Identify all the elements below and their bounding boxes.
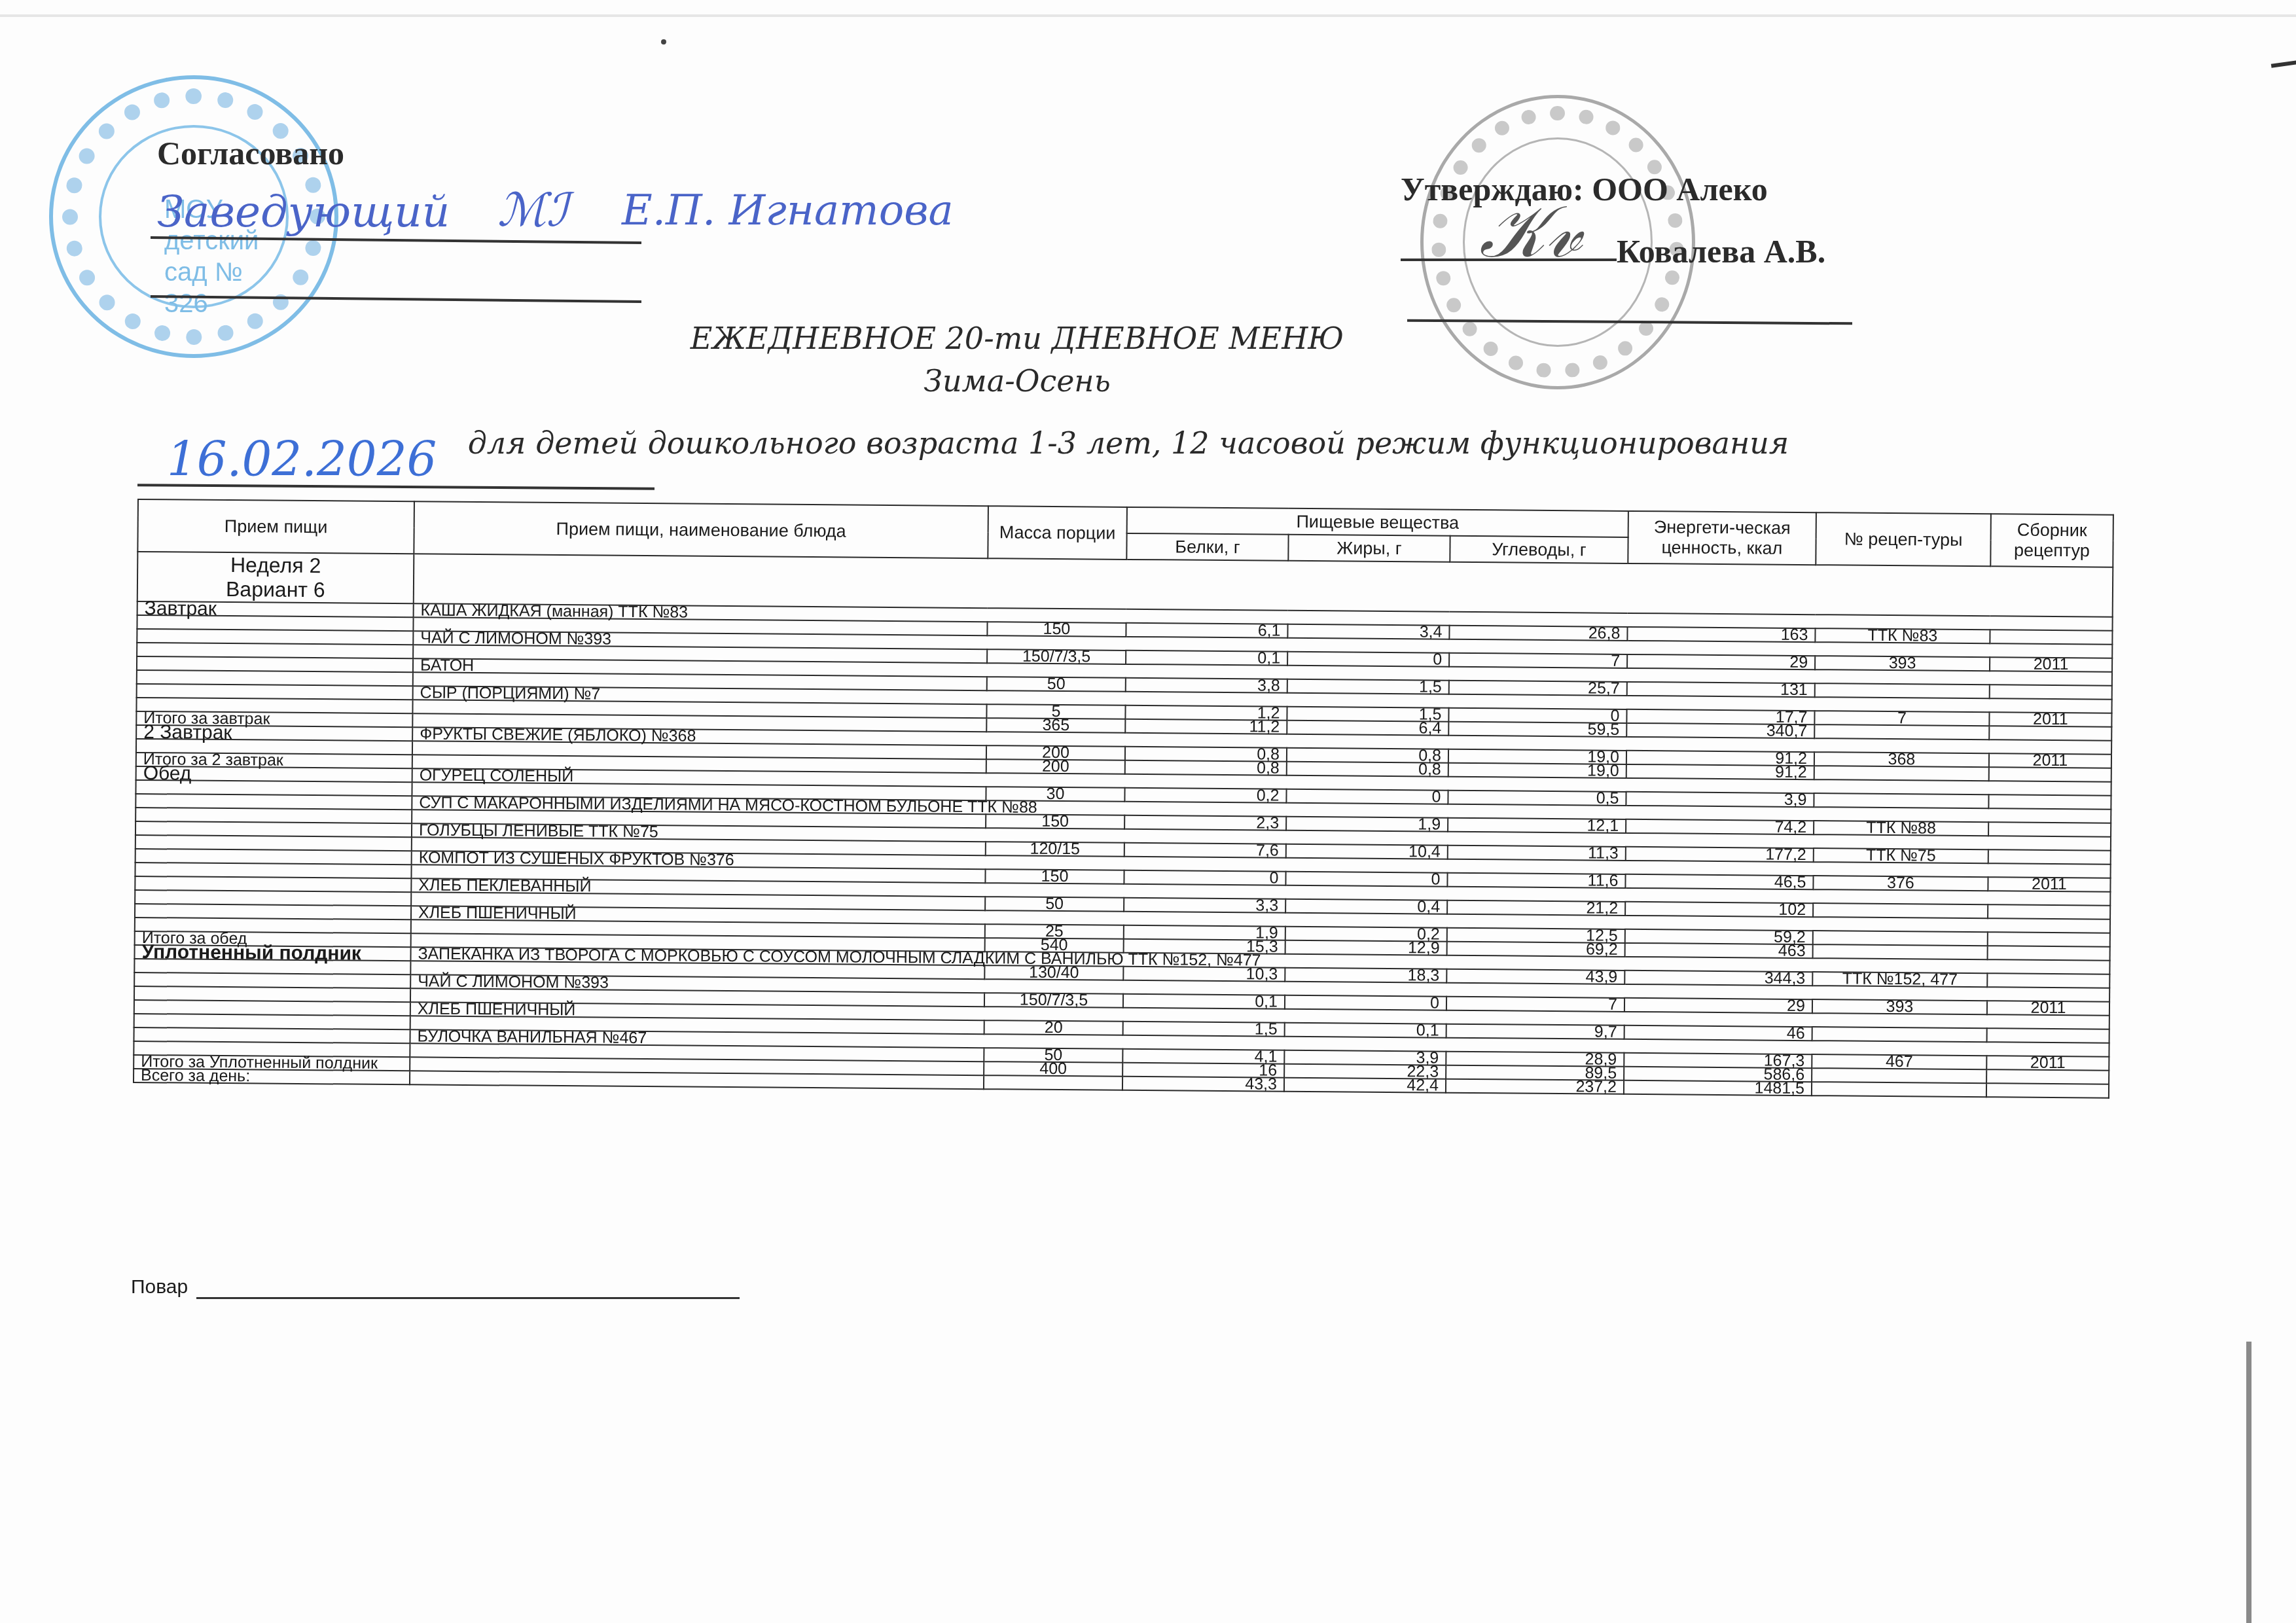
dish-energy: 29 bbox=[1627, 654, 1815, 669]
dish-protein: 7,6 bbox=[1124, 843, 1286, 858]
total-mass: 365 bbox=[986, 718, 1125, 733]
dish-recipe bbox=[1813, 903, 1988, 918]
dish-recipe: 7 bbox=[1814, 711, 1989, 726]
dish-carbs: 12,1 bbox=[1448, 818, 1626, 833]
header-protein: Белки, г bbox=[1126, 533, 1288, 561]
header-collection: Сборник рецептур bbox=[1990, 514, 2113, 567]
dish-recipe: 467 bbox=[1812, 1054, 1986, 1069]
dish-collection bbox=[1988, 849, 2111, 864]
dish-mass: 150 bbox=[987, 622, 1126, 637]
meal-label: Уплотненный полдник bbox=[134, 945, 410, 961]
dish-protein: 0,2 bbox=[1124, 788, 1286, 803]
dish-recipe bbox=[1812, 1027, 1987, 1042]
dish-recipe: 376 bbox=[1813, 876, 1988, 891]
day-total-fat: 42,4 bbox=[1284, 1078, 1446, 1093]
meal-label: 2 Завтрак bbox=[136, 725, 412, 741]
total-mass: 400 bbox=[984, 1061, 1122, 1077]
dish-fat: 3,4 bbox=[1287, 624, 1449, 639]
total-carbs: 69,2 bbox=[1447, 942, 1625, 957]
total-fat: 12,9 bbox=[1285, 940, 1447, 955]
dish-collection bbox=[1987, 1028, 2109, 1043]
dish-fat: 0 bbox=[1286, 789, 1448, 804]
dish-carbs: 25,7 bbox=[1449, 681, 1627, 696]
dish-protein: 2,3 bbox=[1124, 815, 1286, 830]
dish-recipe: 368 bbox=[1814, 752, 1989, 767]
dish-recipe: 393 bbox=[1815, 656, 1990, 671]
dish-protein: 0 bbox=[1124, 870, 1285, 885]
dish-recipe: 393 bbox=[1812, 999, 1987, 1014]
dish-mass: 50 bbox=[987, 677, 1126, 692]
dish-carbs: 43,9 bbox=[1446, 969, 1624, 984]
dish-fat: 0,1 bbox=[1285, 1023, 1446, 1038]
menu-body: ЗавтракКАША ЖИДКАЯ (манная) ТТК №831506,… bbox=[134, 601, 2113, 1098]
dish-collection bbox=[1990, 685, 2112, 699]
dish-collection bbox=[1990, 630, 2112, 644]
dish-mass: 50 bbox=[985, 897, 1124, 912]
header-energy: Энергети-ческая ценность, ккал bbox=[1628, 511, 1816, 565]
director-signature: 𝒦𝓋 bbox=[1479, 190, 1582, 275]
agreed-label: Согласовано bbox=[157, 134, 344, 172]
dish-fat: 0 bbox=[1287, 652, 1449, 667]
dish-carbs: 9,7 bbox=[1446, 1024, 1624, 1039]
dish-carbs: 11,3 bbox=[1448, 846, 1626, 861]
dish-carbs: 26,8 bbox=[1449, 626, 1627, 641]
total-fat: 6,4 bbox=[1287, 721, 1448, 736]
approve-label: Утверждаю: ООО Алеко bbox=[1401, 170, 1768, 208]
day-total-carbs: 237,2 bbox=[1446, 1079, 1624, 1094]
dish-recipe bbox=[1814, 793, 1988, 808]
dish-energy: 344,3 bbox=[1624, 971, 1812, 986]
day-total-recipe-blank bbox=[1812, 1082, 1986, 1097]
total-mass: 200 bbox=[986, 759, 1125, 774]
total-fat: 0,8 bbox=[1287, 762, 1448, 777]
day-total-protein: 43,3 bbox=[1122, 1077, 1284, 1092]
scan-dot bbox=[661, 39, 666, 45]
header-mass: Масса порции bbox=[988, 506, 1127, 560]
handwritten-date: 16.02.2026 bbox=[167, 432, 437, 487]
dish-mass: 150 bbox=[985, 869, 1124, 884]
dish-collection: 2011 bbox=[1989, 753, 2111, 768]
dish-fat: 0 bbox=[1285, 995, 1446, 1010]
dish-energy: 46,5 bbox=[1625, 874, 1813, 889]
dish-protein: 0,1 bbox=[1123, 994, 1285, 1009]
dish-protein: 3,3 bbox=[1124, 898, 1285, 913]
menu-table: Прием пищи Прием пищи, наименование блюд… bbox=[133, 499, 2114, 1099]
dish-fat: 18,3 bbox=[1285, 968, 1446, 983]
week-label: Неделя 2 bbox=[145, 552, 406, 579]
director-name: Ковалева А.В. bbox=[1617, 232, 1825, 270]
dish-energy: 46 bbox=[1624, 1026, 1812, 1041]
dish-protein: 1,5 bbox=[1123, 1022, 1285, 1037]
dish-energy: 102 bbox=[1625, 902, 1813, 917]
dish-fat: 1,9 bbox=[1286, 817, 1448, 832]
dish-protein: 3,8 bbox=[1126, 678, 1287, 693]
dish-recipe bbox=[1813, 931, 1988, 946]
header-recipe: № рецеп-туры bbox=[1816, 512, 1991, 566]
total-recipe-blank bbox=[1813, 944, 1988, 959]
dish-collection: 2011 bbox=[1986, 1056, 2109, 1070]
cook-signature-line bbox=[196, 1297, 740, 1299]
dish-recipe: ТТК №75 bbox=[1814, 848, 1988, 863]
dish-collection: 2011 bbox=[1990, 657, 2112, 671]
dish-fat: 1,5 bbox=[1287, 679, 1449, 694]
dish-fat: 0 bbox=[1285, 872, 1447, 887]
dish-carbs: 21,2 bbox=[1447, 901, 1625, 916]
dish-mass: 20 bbox=[984, 1020, 1123, 1035]
dish-recipe: ТТК №152, 477 bbox=[1812, 972, 1987, 987]
dish-energy: 74,2 bbox=[1626, 819, 1814, 834]
dish-mass: 150/7/3,5 bbox=[984, 993, 1123, 1008]
dish-mass: 150/7/3,5 bbox=[987, 649, 1126, 664]
total-energy: 463 bbox=[1625, 943, 1813, 958]
total-carbs: 59,5 bbox=[1448, 722, 1626, 737]
total-energy: 340,7 bbox=[1626, 723, 1814, 738]
meal-label: Завтрак bbox=[137, 601, 414, 617]
dish-protein: 6,1 bbox=[1126, 623, 1287, 638]
handwritten-position: Заведующий bbox=[157, 187, 450, 237]
total-protein: 0,8 bbox=[1125, 760, 1287, 776]
header-carbs: Углеводы, г bbox=[1450, 536, 1628, 563]
dish-carbs: 0,5 bbox=[1448, 791, 1626, 806]
header-meal: Прием пищи bbox=[137, 499, 414, 554]
dish-mass: 150 bbox=[986, 814, 1124, 829]
scan-mark bbox=[2271, 60, 2296, 68]
day-total-collection-blank bbox=[1986, 1083, 2109, 1097]
director-signature-line bbox=[1401, 259, 1617, 261]
dish-protein: 0,1 bbox=[1126, 651, 1287, 666]
handwritten-signature: ℳℐ bbox=[497, 183, 568, 237]
total-carbs: 19,0 bbox=[1448, 763, 1626, 778]
header-nutrients: Пищевые вещества bbox=[1127, 507, 1628, 537]
dish-collection bbox=[1988, 904, 2110, 919]
cook-label: Повар bbox=[131, 1276, 188, 1298]
menu-season: Зима-Осень bbox=[0, 363, 2165, 399]
dish-energy: 3,9 bbox=[1626, 792, 1814, 807]
dish-energy: 131 bbox=[1627, 682, 1815, 697]
dish-collection: 2011 bbox=[1989, 712, 2111, 726]
header-dish: Прием пищи, наименование блюда bbox=[414, 501, 988, 558]
menu-title: ЕЖЕДНЕВНОЕ 20-ти ДНЕВНОЕ МЕНЮ bbox=[0, 321, 2165, 356]
dish-collection: 2011 bbox=[1988, 877, 2110, 891]
dish-recipe: ТТК №83 bbox=[1815, 628, 1990, 643]
dish-collection bbox=[1987, 973, 2109, 988]
dish-fat: 10,4 bbox=[1286, 844, 1448, 859]
scan-edge-right bbox=[2246, 1342, 2251, 1623]
dish-fat: 0,4 bbox=[1285, 899, 1447, 914]
dish-mass: 120/15 bbox=[986, 842, 1124, 857]
dish-carbs: 7 bbox=[1446, 997, 1624, 1012]
dish-energy: 177,2 bbox=[1626, 847, 1814, 862]
week-variant-cell: Неделя 2 Вариант 6 bbox=[137, 552, 414, 603]
dish-energy: 29 bbox=[1624, 998, 1812, 1013]
total-collection-blank bbox=[1988, 946, 2110, 960]
dish-collection bbox=[1988, 794, 2111, 809]
dish-carbs: 7 bbox=[1449, 653, 1627, 668]
scan-edge-top bbox=[0, 14, 2296, 17]
total-protein: 11,2 bbox=[1125, 719, 1287, 734]
handwritten-name: Е.П. Игнатова bbox=[622, 187, 954, 235]
dish-energy: 163 bbox=[1627, 627, 1815, 642]
dish-collection: 2011 bbox=[1987, 1001, 2109, 1015]
dish-recipe: ТТК №88 bbox=[1814, 821, 1988, 836]
dish-collection bbox=[1988, 932, 2110, 946]
dish-carbs: 11,6 bbox=[1447, 873, 1625, 888]
day-total-energy: 1481,5 bbox=[1624, 1080, 1812, 1096]
dish-collection bbox=[1988, 822, 2111, 836]
total-energy: 91,2 bbox=[1626, 764, 1814, 779]
dish-recipe bbox=[1815, 683, 1990, 698]
header-fat: Жиры, г bbox=[1288, 535, 1450, 562]
